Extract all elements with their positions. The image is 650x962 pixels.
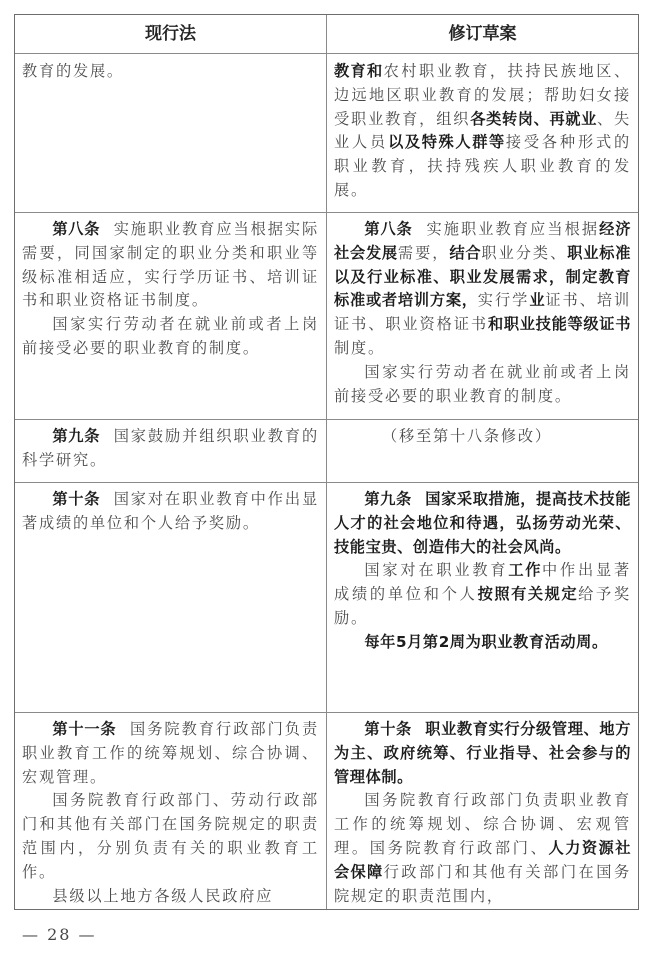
paragraph: 每年5月第2周为职业教育活动周。 [334, 631, 631, 655]
row-2-current-law: 第九条 国家鼓励并组织职业教育的科学研究。 [15, 425, 326, 481]
amended-text: 业 [529, 291, 545, 309]
article-paragraph: 第八条 实施职业教育应当根据实际需要，同国家制定的职业分类和职业等级标准相适应，… [22, 218, 319, 313]
paragraph: 国家对在职业教育工作中作出显著成绩的单位和个人按照有关规定给予奖励。 [334, 559, 631, 630]
row-3-current-law: 第十条 国家对在职业教育中作出显著成绩的单位和个人给予奖励。 [15, 488, 326, 710]
paragraph: 国务院教育行政部门、劳动行政部门和其他有关部门在国务院规定的职责范围内，分别负责… [22, 789, 319, 884]
paragraph: 国家实行劳动者在就业前或者上岗前接受必要的职业教育的制度。 [334, 361, 631, 409]
article-paragraph: 第十条 国家对在职业教育中作出显著成绩的单位和个人给予奖励。 [22, 488, 319, 536]
amended-text: 教育和 [334, 62, 384, 80]
row-3-revised-draft: 第九条 国家采取措施，提高技术技能人才的社会地位和待遇，弘扬劳动光荣、技能宝贵、… [327, 488, 638, 710]
article-paragraph: 第十条 职业教育实行分级管理、地方为主、政府统筹、行业指导、社会参与的管理体制。 [334, 718, 631, 789]
article-paragraph: 第九条 国家鼓励并组织职业教育的科学研究。 [22, 425, 319, 473]
row-divider [15, 212, 638, 213]
paragraph: 县级以上地方各级人民政府应 [22, 885, 319, 908]
row-0-revised-draft: 教育和农村职业教育，扶持民族地区、边远地区职业教育的发展；帮助妇女接受职业教育，… [327, 60, 638, 210]
article-number: 第八条 [364, 220, 412, 238]
page-number: — 28 — [22, 925, 97, 944]
article-paragraph: 第十一条 国务院教育行政部门负责职业教育工作的统筹规划、综合协调、宏观管理。 [22, 718, 319, 789]
amended-text: 结合 [449, 244, 481, 262]
paragraph: 教育和农村职业教育，扶持民族地区、边远地区职业教育的发展；帮助妇女接受职业教育，… [334, 60, 631, 203]
row-divider [15, 482, 638, 483]
text-segment: 制度。 [334, 339, 385, 357]
paragraph: 国务院教育行政部门负责职业教育工作的统筹规划、综合协调、宏观管理。国务院教育行政… [334, 789, 631, 908]
row-divider [15, 712, 638, 713]
row-4-revised-draft: 第十条 职业教育实行分级管理、地方为主、政府统筹、行业指导、社会参与的管理体制。… [327, 718, 638, 908]
row-1-revised-draft: 第八条 实施职业教育应当根据经济社会发展需要，结合职业分类、职业标准以及行业标准… [327, 218, 638, 418]
relocation-note: （移至第十八条修改） [334, 425, 631, 449]
header-revised-draft: 修订草案 [327, 15, 638, 54]
row-2-revised-draft: （移至第十八条修改） [327, 425, 638, 481]
article-number: 第十条 [364, 720, 412, 738]
row-divider [15, 419, 638, 420]
row-1-current-law: 第八条 实施职业教育应当根据实际需要，同国家制定的职业分类和职业等级标准相适应，… [15, 218, 326, 418]
text-segment: 实施职业教育应当根据 [426, 220, 599, 238]
paragraph: 教育的发展。 [22, 60, 319, 84]
article-paragraph: 第八条 实施职业教育应当根据经济社会发展需要，结合职业分类、职业标准以及行业标准… [334, 218, 631, 361]
text-segment: 需要， [398, 244, 450, 262]
article-number: 第十一条 [52, 720, 116, 738]
header-divider [15, 53, 638, 54]
comparison-table: 现行法 修订草案 教育的发展。 教育和农村职业教育，扶持民族地区、边远地区职业教… [14, 14, 639, 910]
article-paragraph: 第九条 国家采取措施，提高技术技能人才的社会地位和待遇，弘扬劳动光荣、技能宝贵、… [334, 488, 631, 559]
row-0-current-law: 教育的发展。 [15, 60, 326, 210]
article-number: 第九条 [364, 490, 412, 508]
article-number: 第十条 [52, 490, 100, 508]
text-segment: 国家对在职业教育 [364, 561, 508, 579]
text-segment: 实行学 [478, 291, 530, 309]
amended-text: 工作 [508, 561, 542, 579]
article-number: 第九条 [52, 427, 100, 445]
paragraph: 国家实行劳动者在就业前或者上岗前接受必要的职业教育的制度。 [22, 313, 319, 361]
text-segment: 职业分类、 [481, 244, 567, 262]
article-number: 第八条 [52, 220, 100, 238]
amended-text: 和职业技能等级证书 [488, 315, 631, 333]
amended-text: 以及特殊人群等 [388, 133, 506, 151]
amended-text: 各类转岗、再就业 [470, 110, 597, 128]
row-4-current-law: 第十一条 国务院教育行政部门负责职业教育工作的统筹规划、综合协调、宏观管理。 国… [15, 718, 326, 908]
amended-text: 按照有关规定 [478, 585, 579, 603]
header-current-law: 现行法 [15, 15, 326, 54]
